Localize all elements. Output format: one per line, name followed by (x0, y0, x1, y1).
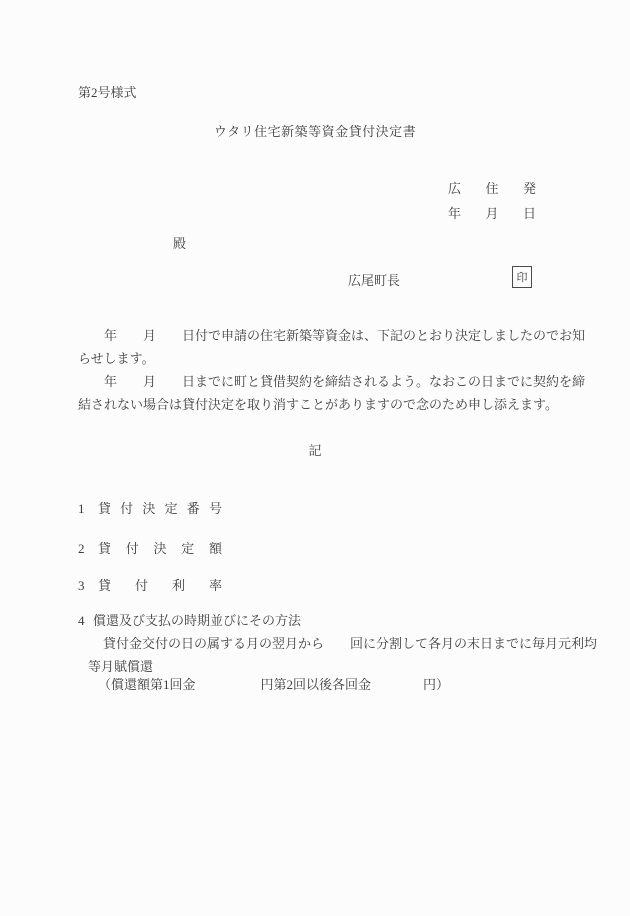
ref-char-hiro: 広 (448, 178, 461, 197)
form-number: 第2号様式 (78, 82, 137, 101)
item-label: 償還及び支払の時期並びにその方法 (93, 613, 301, 628)
record-marker: 記 (0, 440, 630, 459)
item-number: 3 (78, 578, 98, 594)
reference-number-line: 広 住 発 (448, 178, 536, 197)
body-paragraph2-line2: 結されない場合は貸付決定を取り消すことがありますので念のため申し添えます。 (78, 394, 558, 413)
repayment-detail-line3: （償還額第1回金 円第2回以後各回金 円） (98, 674, 449, 693)
item-label: 貸付決定額 (98, 538, 222, 557)
loan-decision-document: 第2号様式 ウタリ住宅新築等資金貸付決定書 広 住 発 年 月 日 殿 広尾町長… (0, 0, 630, 916)
ref-char-hatsu: 発 (523, 178, 536, 197)
date-char-month: 月 (485, 203, 498, 222)
list-item-loan-decision-amount: 2貸付決定額 (78, 538, 222, 557)
repayment-detail-line1: 貸付金交付の日の属する月の翌月から 回に分割して各月の末日までに毎月元利均 (103, 633, 597, 652)
seal-placeholder: 印 (512, 266, 532, 288)
item-number: 1 (78, 501, 98, 517)
date-char-day: 日 (523, 203, 536, 222)
body-paragraph1-line1: 年 月 日付で申請の住宅新築等資金は、下記のとおり決定しましたのでお知 (78, 325, 585, 344)
list-item-repayment-method: 4償還及び支払の時期並びにその方法 (78, 610, 301, 629)
repayment-detail-line2: 等月賦償還 (88, 656, 153, 675)
issue-date-line: 年 月 日 (448, 203, 536, 222)
addressee-honorific: 殿 (173, 233, 186, 252)
list-item-loan-interest-rate: 3貸付利率 (78, 575, 222, 594)
item-label: 貸付利率 (98, 575, 222, 594)
date-char-year: 年 (448, 203, 461, 222)
body-paragraph2-line1: 年 月 日までに町と貸借契約を締結されるよう。なおこの日までに契約を締 (78, 371, 585, 390)
issuer-name: 広尾町長 (348, 270, 400, 289)
list-item-loan-decision-number: 1貸付決定番号 (78, 498, 222, 517)
seal-character: 印 (517, 269, 528, 285)
ref-char-ju: 住 (485, 178, 498, 197)
body-paragraph1-line2: らせします。 (78, 348, 155, 367)
item-number: 2 (78, 541, 98, 557)
item-number: 4 (78, 613, 93, 629)
item-label: 貸付決定番号 (98, 498, 222, 517)
document-title: ウタリ住宅新築等資金貸付決定書 (0, 121, 630, 140)
